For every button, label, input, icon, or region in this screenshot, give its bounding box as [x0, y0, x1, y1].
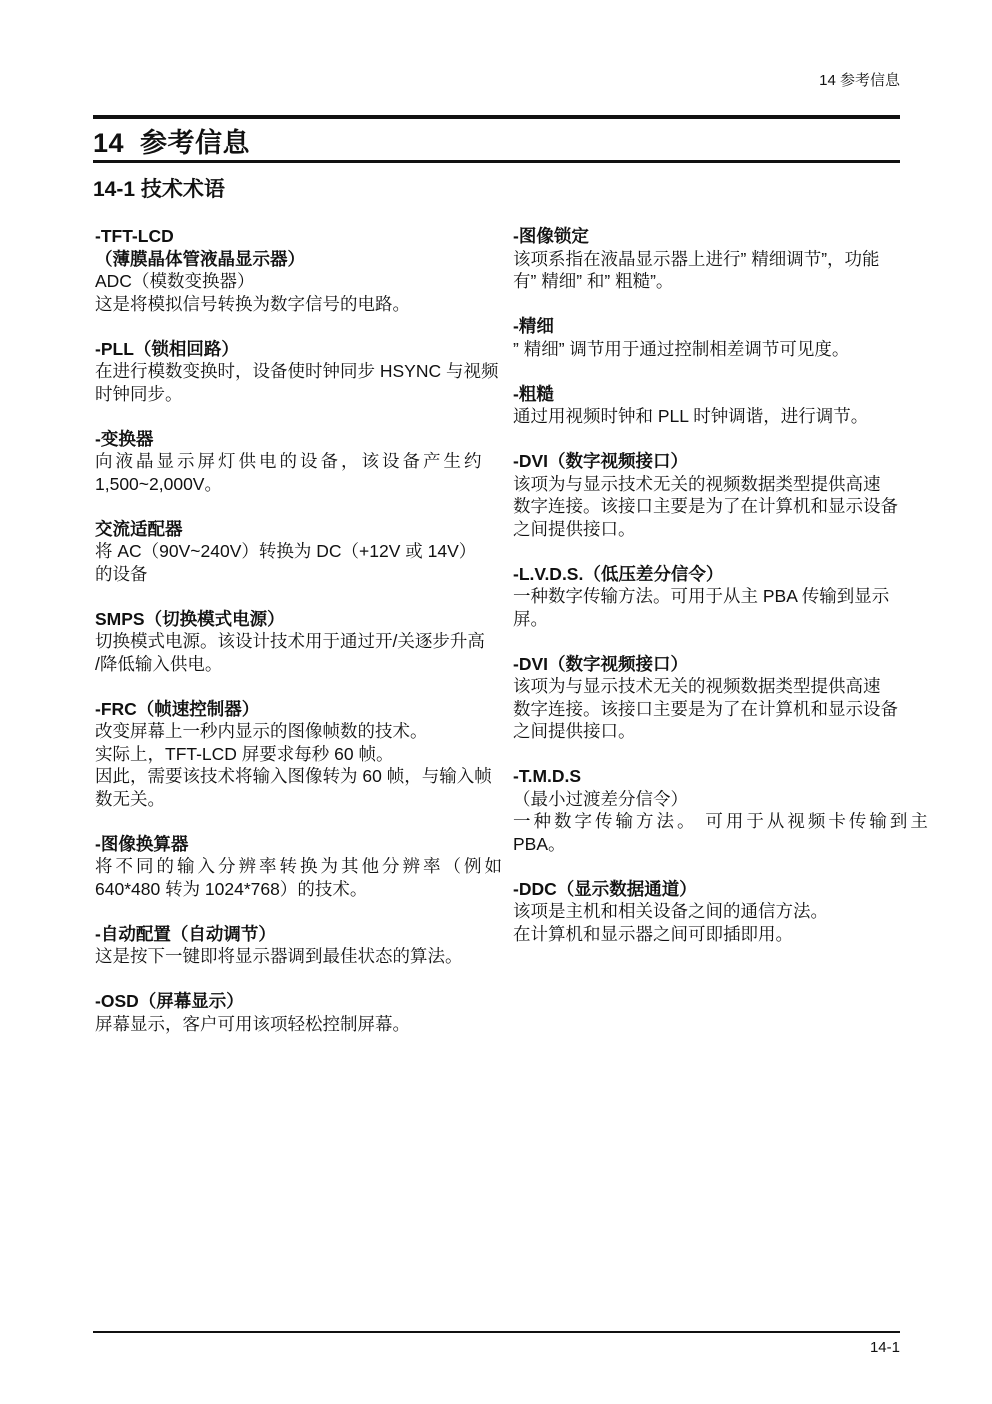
- definition-line: ” 精细” 调节用于通过控制相差调节可见度。: [513, 338, 915, 361]
- definition-line: /降低输入供电。: [95, 653, 497, 676]
- definition-line: 改变屏幕上一秒内显示的图像帧数的技术。: [95, 720, 497, 743]
- term-line: -OSD（屏幕显示）: [95, 990, 497, 1013]
- definition-line: 这是按下一键即将显示器调到最佳状态的算法。: [95, 945, 497, 968]
- definition-line: 一种数字传输方法。可用于从主 PBA 传输到显示: [513, 585, 915, 608]
- term-line: SMPS（切换模式电源）: [95, 608, 497, 631]
- chapter-rule-bottom: [93, 160, 900, 163]
- definition-line: 屏幕显示，客户可用该项轻松控制屏幕。: [95, 1013, 497, 1036]
- glossary-entry: -DVI（数字视频接口）该项为与显示技术无关的视频数据类型提供高速数字连接。该接…: [513, 450, 915, 540]
- term-line: -T.M.D.S: [513, 765, 915, 788]
- term-line: -FRC（帧速控制器）: [95, 698, 497, 721]
- glossary-entry: -L.V.D.S.（低压差分信令）一种数字传输方法。可用于从主 PBA 传输到显…: [513, 563, 915, 631]
- definition-line: 该项为与显示技术无关的视频数据类型提供高速: [513, 675, 915, 698]
- definition-line: 该项系指在液晶显示器上进行” 精细调节”，功能: [513, 248, 915, 271]
- term-line: -L.V.D.S.（低压差分信令）: [513, 563, 915, 586]
- definition-line: 向液晶显示屏灯供电的设备，该设备产生约: [95, 450, 497, 473]
- term-line: 交流适配器: [95, 518, 497, 541]
- definition-line: 有” 精细” 和” 粗糙”。: [513, 270, 915, 293]
- definition-line: 屏。: [513, 608, 915, 631]
- definition-line: 一种数字传输方法。 可用于从视频卡传输到主: [513, 810, 915, 833]
- term-line: -DDC（显示数据通道）: [513, 878, 915, 901]
- glossary-entry: -粗糙通过用视频时钟和 PLL 时钟调谐，进行调节。: [513, 383, 915, 428]
- term-line: -TFT-LCD: [95, 225, 497, 248]
- term-line: -图像换算器: [95, 833, 497, 856]
- glossary-entry: -自动配置（自动调节）这是按下一键即将显示器调到最佳状态的算法。: [95, 923, 497, 968]
- term-line: -变换器: [95, 428, 497, 451]
- term-line: -DVI（数字视频接口）: [513, 450, 915, 473]
- glossary-entry: -TFT-LCD（薄膜晶体管液晶显示器）ADC（模数变换器）这是将模拟信号转换为…: [95, 225, 497, 315]
- footer-rule: [93, 1331, 900, 1333]
- definition-line: 时钟同步。: [95, 383, 497, 406]
- definition-line: 将不同的输入分辨率转换为其他分辨率（例如: [95, 855, 497, 878]
- running-header: 14 参考信息: [819, 72, 900, 90]
- definition-line: 在计算机和显示器之间可即插即用。: [513, 923, 915, 946]
- definition-line: 切换模式电源。该设计技术用于通过开/关逐步升高: [95, 630, 497, 653]
- document-page: 14 参考信息 14 参考信息 14-1 技术术语 -TFT-LCD（薄膜晶体管…: [0, 0, 992, 1404]
- glossary-entry: -FRC（帧速控制器）改变屏幕上一秒内显示的图像帧数的技术。实际上，TFT-LC…: [95, 698, 497, 811]
- term-line: -图像锁定: [513, 225, 915, 248]
- term-line: （薄膜晶体管液晶显示器）: [95, 248, 497, 271]
- glossary-entry: SMPS（切换模式电源）切换模式电源。该设计技术用于通过开/关逐步升高/降低输入…: [95, 608, 497, 676]
- definition-line: ADC（模数变换器）: [95, 270, 497, 293]
- definition-line: 通过用视频时钟和 PLL 时钟调谐，进行调节。: [513, 405, 915, 428]
- glossary-entry: -精细” 精细” 调节用于通过控制相差调节可见度。: [513, 315, 915, 360]
- definition-line: 的设备: [95, 563, 497, 586]
- term-line: -自动配置（自动调节）: [95, 923, 497, 946]
- term-line: -DVI（数字视频接口）: [513, 653, 915, 676]
- page-number: 14-1: [870, 1339, 900, 1357]
- definition-line: 1,500~2,000V。: [95, 473, 497, 496]
- definition-line: （最小过渡差分信令）: [513, 788, 915, 811]
- definition-line: 因此，需要该技术将输入图像转为 60 帧，与输入帧: [95, 765, 497, 788]
- definition-line: 数字连接。该接口主要是为了在计算机和显示设备: [513, 698, 915, 721]
- glossary-entry: -T.M.D.S（最小过渡差分信令）一种数字传输方法。 可用于从视频卡传输到主P…: [513, 765, 915, 855]
- glossary-column-right: -图像锁定该项系指在液晶显示器上进行” 精细调节”，功能有” 精细” 和” 粗糙…: [513, 225, 915, 968]
- definition-line: 这是将模拟信号转换为数字信号的电路。: [95, 293, 497, 316]
- section-title: 14-1 技术术语: [93, 173, 225, 203]
- glossary-entry: -OSD（屏幕显示）屏幕显示，客户可用该项轻松控制屏幕。: [95, 990, 497, 1035]
- definition-line: 之间提供接口。: [513, 518, 915, 541]
- definition-line: 将 AC（90V~240V）转换为 DC（+12V 或 14V）: [95, 540, 497, 563]
- definition-line: 之间提供接口。: [513, 720, 915, 743]
- glossary-entry: -图像锁定该项系指在液晶显示器上进行” 精细调节”，功能有” 精细” 和” 粗糙…: [513, 225, 915, 293]
- definition-line: 在进行模数变换时，设备使时钟同步 HSYNC 与视频: [95, 360, 497, 383]
- chapter-rule-top: [93, 115, 900, 119]
- chapter-title: 14 参考信息: [93, 121, 250, 160]
- definition-line: 640*480 转为 1024*768）的技术。: [95, 878, 497, 901]
- definition-line: 数字连接。该接口主要是为了在计算机和显示设备: [513, 495, 915, 518]
- glossary-entry: -PLL（锁相回路）在进行模数变换时，设备使时钟同步 HSYNC 与视频时钟同步…: [95, 338, 497, 406]
- term-line: -粗糙: [513, 383, 915, 406]
- definition-line: 数无关。: [95, 788, 497, 811]
- glossary-entry: -变换器向液晶显示屏灯供电的设备，该设备产生约1,500~2,000V。: [95, 428, 497, 496]
- definition-line: 该项为与显示技术无关的视频数据类型提供高速: [513, 473, 915, 496]
- glossary-entry: 交流适配器将 AC（90V~240V）转换为 DC（+12V 或 14V）的设备: [95, 518, 497, 586]
- definition-line: 实际上，TFT-LCD 屏要求每秒 60 帧。: [95, 743, 497, 766]
- glossary-entry: -DVI（数字视频接口）该项为与显示技术无关的视频数据类型提供高速数字连接。该接…: [513, 653, 915, 743]
- glossary-entry: -DDC（显示数据通道）该项是主机和相关设备之间的通信方法。在计算机和显示器之间…: [513, 878, 915, 946]
- term-line: -PLL（锁相回路）: [95, 338, 497, 361]
- definition-line: PBA。: [513, 833, 915, 856]
- glossary-entry: -图像换算器将不同的输入分辨率转换为其他分辨率（例如640*480 转为 102…: [95, 833, 497, 901]
- glossary-column-left: -TFT-LCD（薄膜晶体管液晶显示器）ADC（模数变换器）这是将模拟信号转换为…: [95, 225, 497, 1058]
- definition-line: 该项是主机和相关设备之间的通信方法。: [513, 900, 915, 923]
- term-line: -精细: [513, 315, 915, 338]
